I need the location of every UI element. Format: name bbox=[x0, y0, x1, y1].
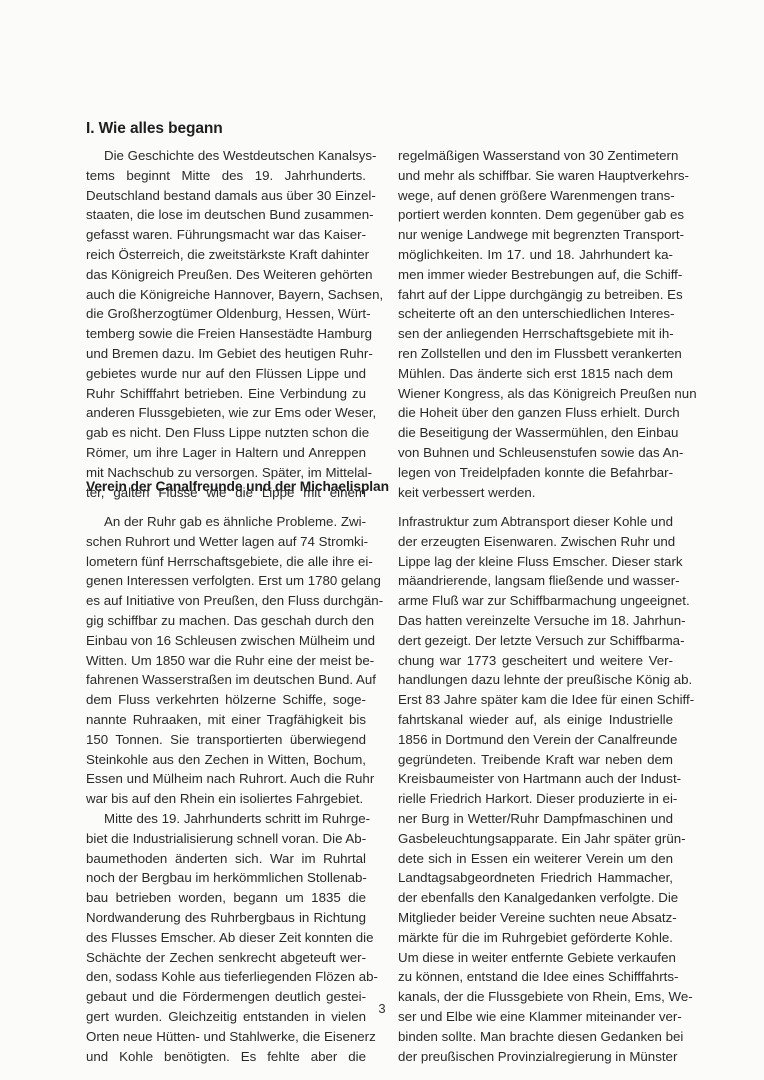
text-line: nannte Ruhraaken, mit einer Tragfähigkei… bbox=[86, 710, 366, 730]
text-line: baumethoden änderten sich. War im Ruhrta… bbox=[86, 849, 366, 869]
text-line: Mitglieder beider Vereine suchten neue A… bbox=[398, 908, 673, 928]
text-line: wege, auf denen größere Warenmengen tran… bbox=[398, 186, 673, 206]
text-line: dete sich in Essen ein weiterer Verein u… bbox=[398, 849, 673, 869]
text-line: möglichkeiten. Im 17. und 18. Jahrhunder… bbox=[398, 245, 673, 265]
text-line: Kreisbaumeister von Hartmann auch der In… bbox=[398, 769, 673, 789]
text-line: und Kohle benötigten. Es fehlte aber die bbox=[86, 1047, 366, 1067]
text-line: ner Burg in Wetter/Ruhr Dampfmaschinen u… bbox=[398, 809, 673, 829]
text-line: Lippe lag der kleine Fluss Emscher. Dies… bbox=[398, 552, 673, 572]
text-line: rielle Friedrich Harkort. Dieser produzi… bbox=[398, 789, 673, 809]
text-line: fahrtskanal wieder auf, als einige Indus… bbox=[398, 710, 673, 730]
section2-left-column: An der Ruhr gab es ähnliche Probleme. Zw… bbox=[86, 512, 366, 1066]
text-line: An der Ruhr gab es ähnliche Probleme. Zw… bbox=[86, 512, 366, 532]
text-line: zu können, entstand die Idee eines Schif… bbox=[398, 967, 673, 987]
page-number: 3 bbox=[0, 1001, 764, 1016]
text-line: Essen und Mülheim nach Ruhrort. Auch die… bbox=[86, 769, 366, 789]
text-line: schen Ruhrort und Wetter lagen auf 74 St… bbox=[86, 532, 366, 552]
text-line: 1856 in Dortmund den Verein der Canalfre… bbox=[398, 730, 673, 750]
text-line: Römer, um ihre Lager in Haltern und Anre… bbox=[86, 443, 366, 463]
text-line: fahrt auf der Lippe durchgängig zu betre… bbox=[398, 285, 673, 305]
text-line: genen Interessen verfolgten. Erst um 178… bbox=[86, 571, 366, 591]
text-line: men immer wieder Bestrebungen auf, die S… bbox=[398, 265, 673, 285]
text-line: Steinkohle aus den Zechen in Witten, Boc… bbox=[86, 750, 366, 770]
text-line: portiert werden konnten. Dem gegenüber g… bbox=[398, 205, 673, 225]
text-line: Witten. Um 1850 war die Ruhr eine der me… bbox=[86, 651, 366, 671]
text-line: Einbau von 16 Schleusen zwischen Mülheim… bbox=[86, 631, 366, 651]
text-line: bau betrieben worden, begann um 1835 die bbox=[86, 888, 366, 908]
text-line: Ruhr Schifffahrt betrieben. Eine Verbind… bbox=[86, 384, 366, 404]
text-line: gab es nicht. Den Fluss Lippe nutzten sc… bbox=[86, 423, 366, 443]
text-line: Deutschland bestand damals aus über 30 E… bbox=[86, 186, 366, 206]
text-line: ren Zollstellen und den im Flussbett ver… bbox=[398, 344, 673, 364]
text-line: noch der Bergbau im herkömmlichen Stolle… bbox=[86, 868, 366, 888]
text-line: gefasst waren. Führungsmacht war das Kai… bbox=[86, 225, 366, 245]
section1-left-column: Die Geschichte des Westdeutschen Kanalsy… bbox=[86, 146, 366, 502]
text-line: auch die Königreiche Hannover, Bayern, S… bbox=[86, 285, 366, 305]
text-line: legen von Treidelpfaden konnte die Befah… bbox=[398, 463, 673, 483]
text-line: gig schiffbar zu machen. Das geschah dur… bbox=[86, 611, 366, 631]
text-line: dem Fluss verkehrten hölzerne Schiffe, s… bbox=[86, 690, 366, 710]
text-line: Die Geschichte des Westdeutschen Kanalsy… bbox=[86, 146, 366, 166]
text-line: Orten neue Hütten- und Stahlwerke, die E… bbox=[86, 1027, 366, 1047]
text-line: 150 Tonnen. Sie transportierten überwieg… bbox=[86, 730, 366, 750]
section-heading-wie-alles-begann: I. Wie alles begann bbox=[86, 120, 223, 138]
text-line: staaten, die lose im deutschen Bund zusa… bbox=[86, 205, 366, 225]
text-line: binden sollte. Man brachte diesen Gedank… bbox=[398, 1027, 673, 1047]
text-line: fahrenen Wasserstraßen im deutschen Bund… bbox=[86, 670, 366, 690]
text-line: mäandrierende, langsam fließende und was… bbox=[398, 571, 673, 591]
text-line: die Großherzogtümer Oldenburg, Hessen, W… bbox=[86, 304, 366, 324]
text-line: der preußischen Provinzialregierung in M… bbox=[398, 1047, 673, 1067]
document-page: I. Wie alles begann Die Geschichte des W… bbox=[0, 0, 764, 1080]
text-line: Gasbeleuchtungsapparate. Ein Jahr später… bbox=[398, 829, 673, 849]
text-line: tems beginnt Mitte des 19. Jahrhunderts. bbox=[86, 166, 366, 186]
text-line: das Königreich Preußen. Des Weiteren geh… bbox=[86, 265, 366, 285]
text-line: Wiener Kongress, als das Königreich Preu… bbox=[398, 384, 673, 404]
text-line: märkte für die im Ruhrgebiet geförderte … bbox=[398, 928, 673, 948]
text-line: Schächte der Zechen senkrecht abgeteuft … bbox=[86, 948, 366, 968]
text-line: des Flusses Emscher. Ab dieser Zeit konn… bbox=[86, 928, 366, 948]
text-line: temberg sowie die Freien Hansestädte Ham… bbox=[86, 324, 366, 344]
section2-right-column: Infrastruktur zum Abtransport dieser Koh… bbox=[398, 512, 673, 1066]
text-line: sen der anliegenden Herrschaftsgebiete m… bbox=[398, 324, 673, 344]
text-line: gegründeten. Treibende Kraft war neben d… bbox=[398, 750, 673, 770]
text-line: handlungen dazu lehnte der preußische Kö… bbox=[398, 670, 673, 690]
text-line: Erst 83 Jahre später kam die Idee für ei… bbox=[398, 690, 673, 710]
text-line: war bis auf den Rhein ein isoliertes Fah… bbox=[86, 789, 366, 809]
text-line: der erzeugten Eisenwaren. Zwischen Ruhr … bbox=[398, 532, 673, 552]
text-line: biet die Industrialisierung schnell vora… bbox=[86, 829, 366, 849]
text-line: Das hatten vereinzelte Versuche im 18. J… bbox=[398, 611, 673, 631]
text-line: die Hoheit über den ganzen Fluss erhielt… bbox=[398, 403, 673, 423]
section-heading-verein-der-canalfreunde: Verein der Canalfreunde und der Michaeli… bbox=[86, 479, 389, 494]
text-line: Infrastruktur zum Abtransport dieser Koh… bbox=[398, 512, 673, 532]
text-line: die Beseitigung der Wassermühlen, den Ei… bbox=[398, 423, 673, 443]
text-line: es auf Initiative von Preußen, den Fluss… bbox=[86, 591, 366, 611]
text-line: keit verbessert werden. bbox=[398, 483, 673, 503]
text-line: lometern fünf Herrschaftsgebiete, die al… bbox=[86, 552, 366, 572]
text-line: reich Österreich, die zweitstärkste Kraf… bbox=[86, 245, 366, 265]
text-line: von Buhnen und Schleusenstufen sowie das… bbox=[398, 443, 673, 463]
text-line: Nordwanderung des Ruhrbergbaus in Richtu… bbox=[86, 908, 366, 928]
text-line: und mehr als schiffbar. Sie waren Hauptv… bbox=[398, 166, 673, 186]
text-line: regelmäßigen Wasserstand von 30 Zentimet… bbox=[398, 146, 673, 166]
text-line: Landtagsabgeordneten Friedrich Hammacher… bbox=[398, 868, 673, 888]
text-line: gebietes wurde nur auf den Flüssen Lippe… bbox=[86, 364, 366, 384]
text-line: chung war 1773 gescheitert und weitere V… bbox=[398, 651, 673, 671]
text-line: und Bremen dazu. Im Gebiet des heutigen … bbox=[86, 344, 366, 364]
text-line: scheiterte oft an den unterschiedlichen … bbox=[398, 304, 673, 324]
text-line: der ebenfalls den Kanalgedanken verfolgt… bbox=[398, 888, 673, 908]
text-line: Mühlen. Das änderte sich erst 1815 nach … bbox=[398, 364, 673, 384]
text-line: anderen Flussgebieten, wie zur Ems oder … bbox=[86, 403, 366, 423]
text-line: dert gezeigt. Der letzte Versuch zur Sch… bbox=[398, 631, 673, 651]
text-line: nur wenige Landwege mit begrenzten Trans… bbox=[398, 225, 673, 245]
text-line: den, sodass Kohle aus tieferliegenden Fl… bbox=[86, 967, 366, 987]
section1-right-column: regelmäßigen Wasserstand von 30 Zentimet… bbox=[398, 146, 673, 502]
text-line: Mitte des 19. Jahrhunderts schritt im Ru… bbox=[86, 809, 366, 829]
text-line: Um diese in weiter entfernte Gebiete ver… bbox=[398, 948, 673, 968]
text-line: arme Fluß war zur Schiffbarmachung ungee… bbox=[398, 591, 673, 611]
